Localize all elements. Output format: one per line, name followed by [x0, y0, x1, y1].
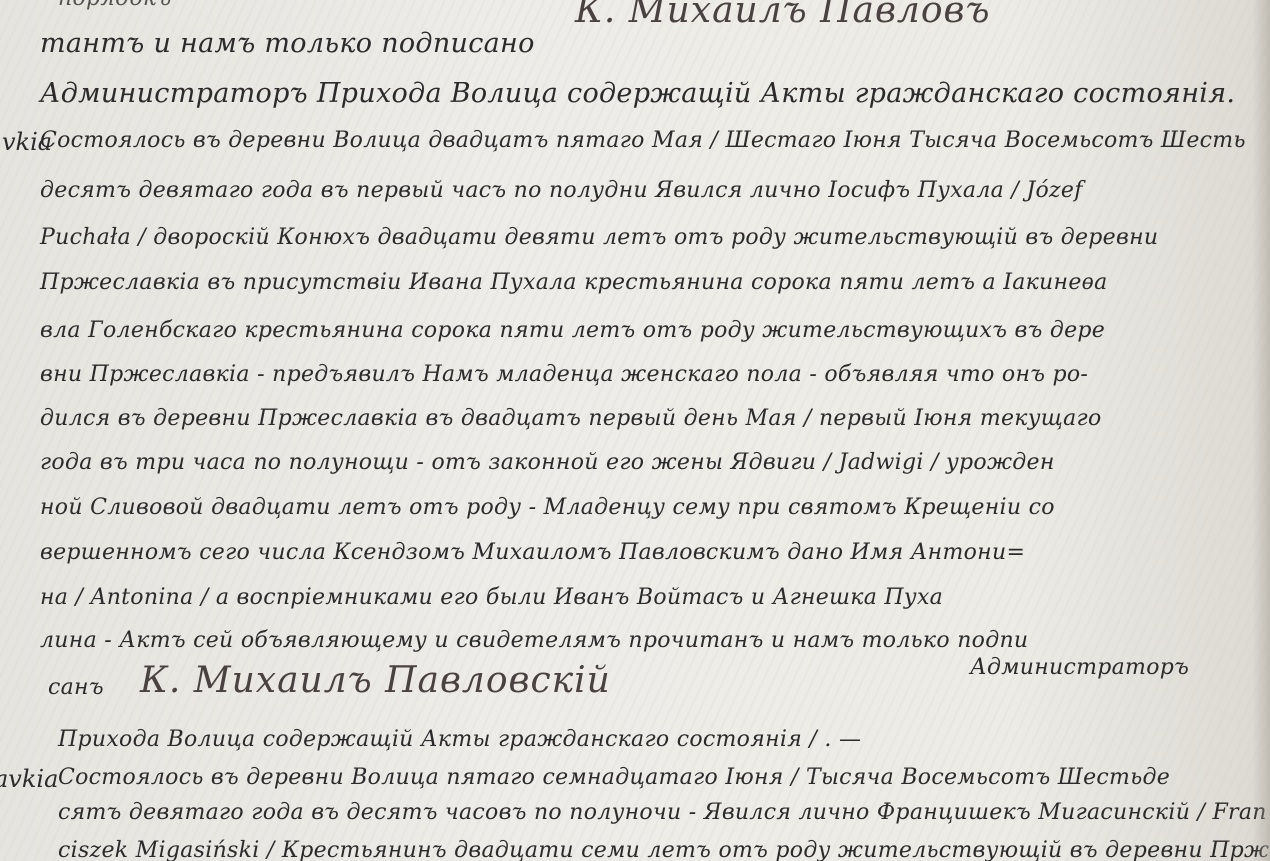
record-line-2: Администраторъ Прихода Волица содержащій…	[40, 78, 1235, 109]
top-signature: К. Михаилъ Павловъ	[575, 0, 990, 31]
record-line-10: года въ три часа по полунощи - отъ закон…	[40, 450, 1055, 475]
margin-note-2: avkia	[0, 765, 58, 793]
bottom-signature: К. Михаилъ Павловскій	[140, 660, 611, 701]
record-line-12: вершенномъ сего числа Ксендзомъ Михаилом…	[40, 540, 1025, 565]
record-line-13: на / Antonina / а воспріемниками его был…	[40, 585, 943, 610]
record-line-1: тантъ и намъ только подписано	[40, 28, 535, 59]
record-line-5: Puchała / двороскій Конюхъ двадцати девя…	[40, 225, 1158, 250]
record-line-16: Прихода Волица содержащій Акты гражданск…	[58, 727, 861, 752]
record-line-9: дился въ деревни Пржеславкіа въ двадцатъ…	[40, 406, 1102, 431]
record-line-3: Состоялось въ деревни Волица двадцатъ пя…	[40, 128, 1246, 153]
manuscript-page: порядокъ К. Михаилъ Павловъ тантъ и намъ…	[0, 0, 1270, 861]
signature-title: Администраторъ	[970, 655, 1189, 680]
record-line-8: вни Пржеславкіа - предъявилъ Намъ младен…	[40, 362, 1088, 387]
record-line-18: сятъ девятаго года въ десятъ часовъ по п…	[58, 800, 1267, 825]
record-line-15: санъ	[48, 675, 104, 700]
record-line-11: ной Сливовой двадцати летъ отъ роду - Мл…	[40, 495, 1055, 520]
record-line-17: Состоялось въ деревни Волица пятаго семн…	[58, 765, 1170, 790]
record-line-19: ciszek Migasiński / Крестьянинъ двадцати…	[58, 838, 1270, 861]
record-line-4: десятъ девятаго года въ первый часъ по п…	[40, 178, 1083, 203]
record-line-14: лина - Актъ сей объявляющему и свидетеля…	[40, 628, 1028, 653]
top-fragment: порядокъ	[58, 0, 171, 11]
record-line-6: Пржеславкіа въ присутствіи Ивана Пухала …	[40, 270, 1108, 295]
record-line-7: вла Голенбскаго крестьянина сорока пяти …	[40, 318, 1105, 343]
